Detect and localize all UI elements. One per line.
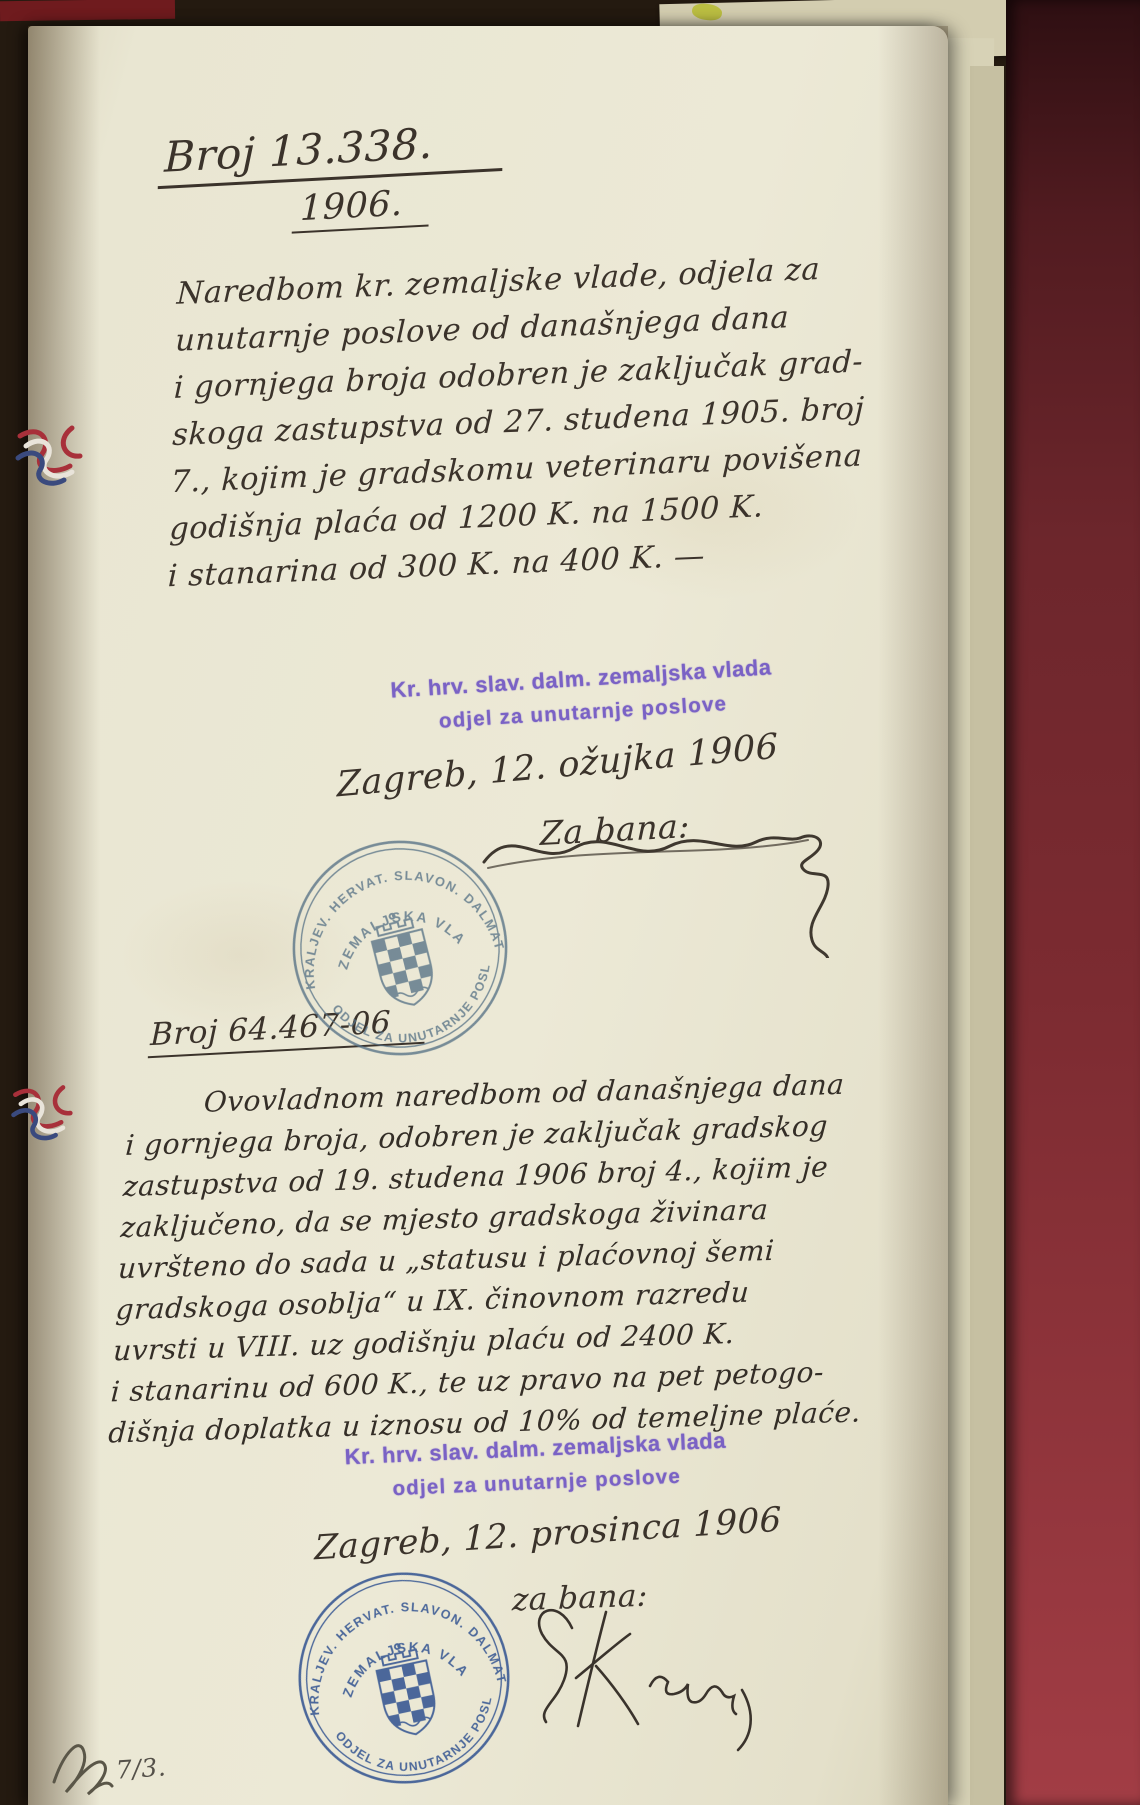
page-stack-edge-inner xyxy=(970,66,1004,1805)
signature-flourish-1 xyxy=(478,798,878,958)
document-year: 1906. xyxy=(292,182,429,233)
pencil-note: 7/3. xyxy=(115,1752,167,1784)
archival-document-photo: Broj 13.338. 1906. Naredbom kr. zemaljsk… xyxy=(0,0,1140,1805)
book-cover-top-left xyxy=(0,0,175,21)
document-year-heading: 1906. xyxy=(292,182,429,233)
tricolor-binding-thread xyxy=(8,1066,96,1162)
decree-paragraph-1: Naredbom kr. zemaljske vlade, odjela za … xyxy=(167,241,957,601)
tricolor-binding-thread xyxy=(12,406,108,508)
decree-paragraph-2: Ovovladnom naredbom od današnjega dana i… xyxy=(107,1059,999,1453)
round-government-seal-2: KRALJEV. HERVAT. SLAVON. DALMAT. ODJEL Z… xyxy=(271,1545,537,1805)
signature-flourish-2 xyxy=(510,1590,810,1760)
book-cover-right xyxy=(1006,0,1140,1805)
